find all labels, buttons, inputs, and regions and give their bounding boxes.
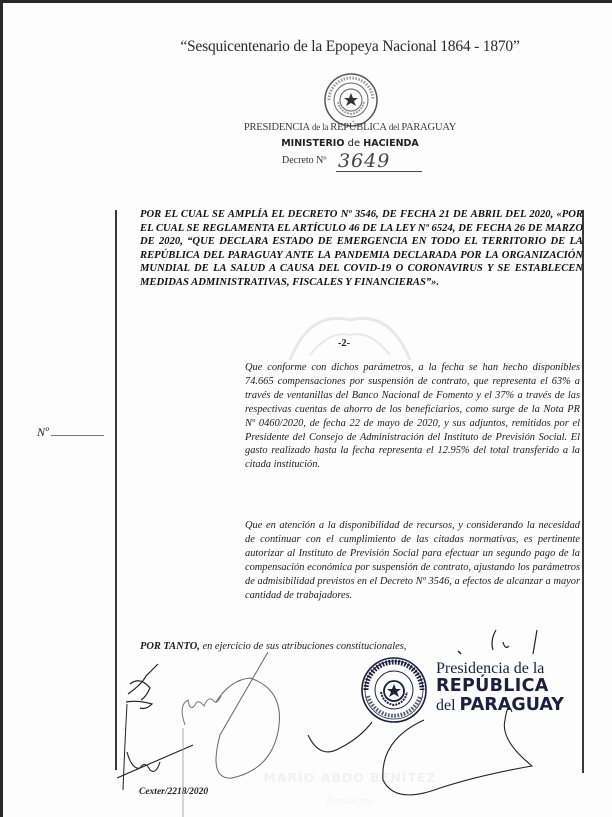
logo-line-1: Presidencia de la [436,660,564,677]
background-emblem-icon [280,300,420,370]
right-margin-rule [582,210,584,773]
presidencia-logo: Presidencia de la REPÚBLICA del PARAGUAY [436,660,564,715]
presidential-seal-icon [360,656,428,724]
national-seal-icon [323,72,379,128]
decreto-label: Decreto Nº [282,155,326,166]
decreto-number: 3649 [336,151,422,172]
presidencia-line: PRESIDENCIA de la REPÚBLICA del PARAGUAY [0,122,612,133]
signatory-title-watermark: Presidente [300,797,400,807]
frame-top-border [0,0,612,3]
ministerio-line: MINISTERIO de HACIENDA [0,138,612,149]
reference-code: Cexter/2218/2020 [139,787,208,797]
margin-number-field: Nº [37,425,104,440]
logo-line-2: REPÚBLICA [436,677,564,696]
motto-heading: “Sesquicentenario de la Epopeya Nacional… [0,38,612,56]
left-margin-rule [115,210,117,770]
page-number: -2- [0,338,612,349]
logo-line-3: del PARAGUAY [436,696,564,715]
paragraph-2: Que en atención a la disponibilidad de r… [245,519,580,602]
paragraph-1: Que conforme con dichos parámetros, a la… [245,361,580,472]
signatory-watermark: MARIO ABDO BENÍTEZ [250,770,450,785]
por-tanto-clause: POR TANTO, en ejercicio de sus atribucio… [140,641,406,652]
decree-title: POR EL CUAL SE AMPLÍA EL DECRETO Nº 3546… [140,208,583,290]
margin-number-blank [51,425,104,436]
